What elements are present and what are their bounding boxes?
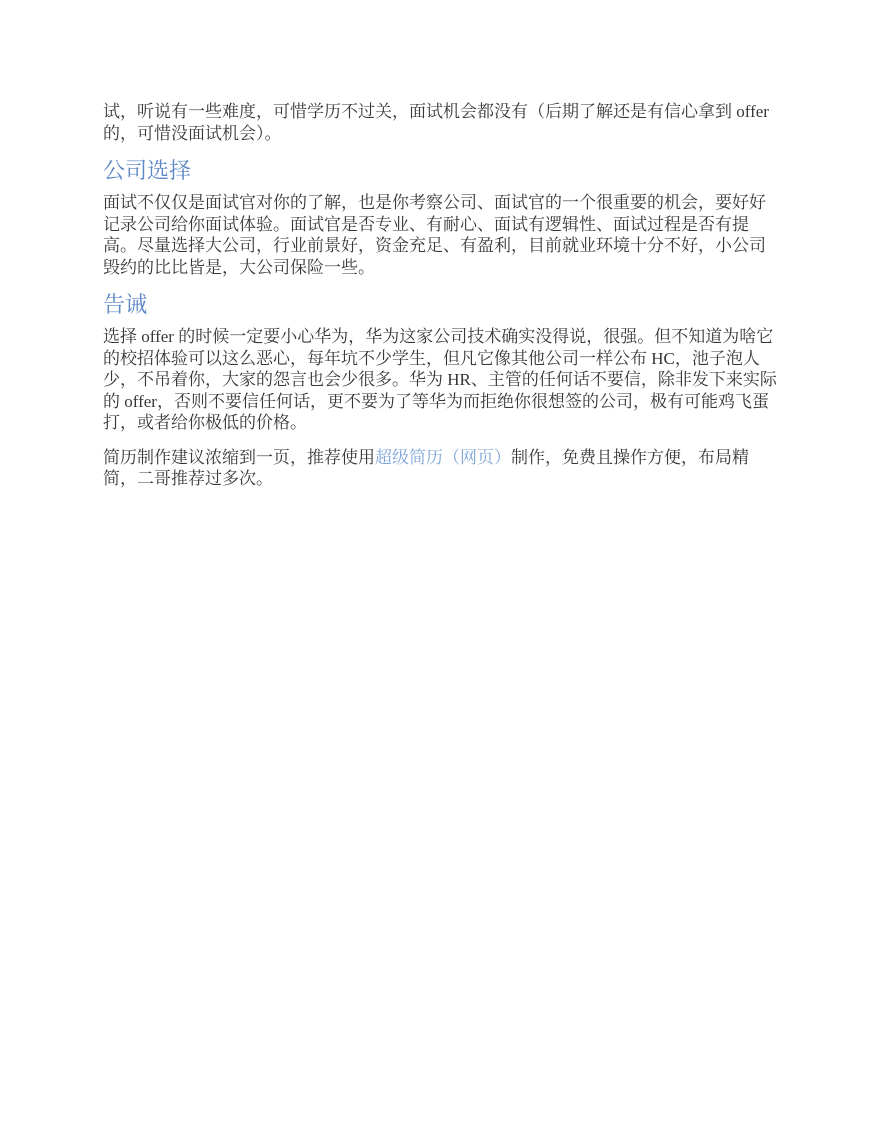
intro-paragraph: 试，听说有一些难度，可惜学历不过关，面试机会都没有（后期了解还是有信心拿到 of… [103,101,781,144]
section-heading-company-choice: 公司选择 [103,157,781,184]
resume-tip-paragraph: 简历制作建议浓缩到一页，推荐使用超级简历（网页）制作，免费且操作方便，布局精简，… [103,447,781,490]
document-page: 试，听说有一些难度，可惜学历不过关，面试机会都没有（后期了解还是有信心拿到 of… [0,0,884,1144]
section-heading-warning: 告诫 [103,291,781,318]
resume-tip-text-before: 简历制作建议浓缩到一页，推荐使用 [103,448,375,467]
company-choice-paragraph: 面试不仅仅是面试官对你的了解，也是你考察公司、面试官的一个很重要的机会，要好好记… [103,192,781,278]
warning-paragraph: 选择 offer 的时候一定要小心华为，华为这家公司技术确实没得说，很强。但不知… [103,326,781,434]
document-content: 试，听说有一些难度，可惜学历不过关，面试机会都没有（后期了解还是有信心拿到 of… [0,0,884,490]
resume-builder-link[interactable]: 超级简历（网页） [375,448,511,467]
